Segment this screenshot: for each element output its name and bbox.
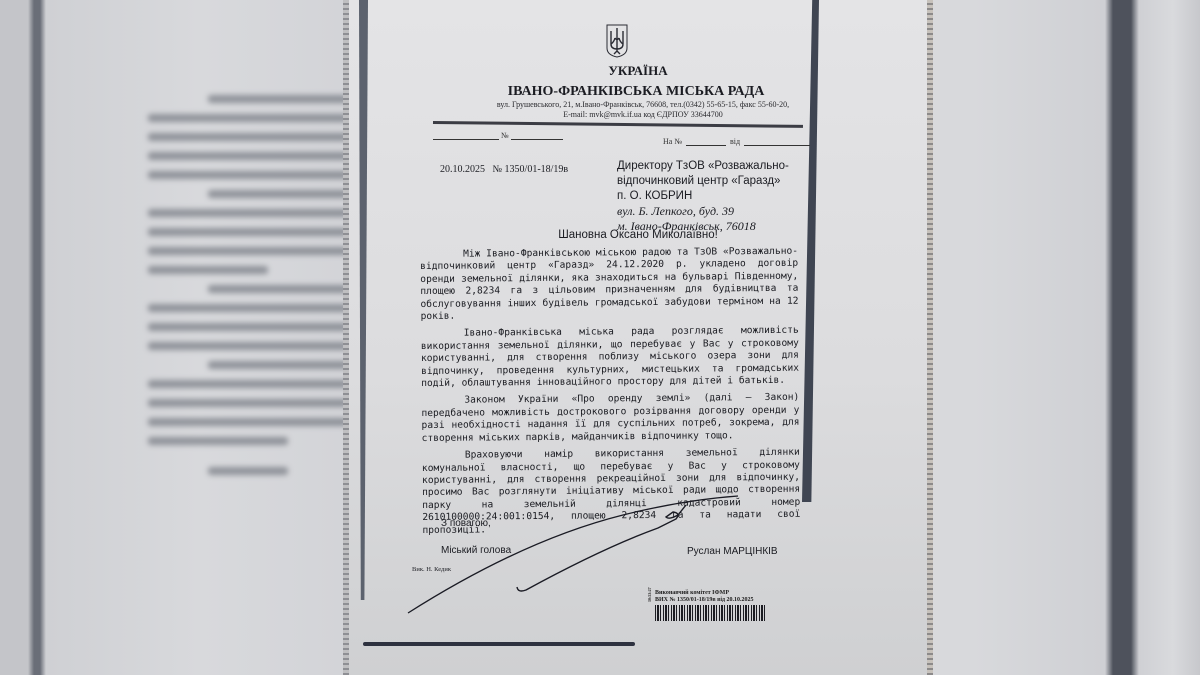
registration-stamp: Виконавчий комітет ІФМР ВИХ № 1350/01-18… — [655, 590, 765, 621]
stamp-office: Виконавчий комітет ІФМР — [655, 590, 765, 597]
stamp-reference: ВИХ № 1350/01-18/19в від 20.10.2025 — [655, 597, 765, 604]
blurred-text — [148, 95, 343, 486]
document-photo: УКРАЇНА ІВАНО-ФРАНКІВСЬКА МІСЬКА РАДА ву… — [343, 0, 933, 675]
blurred-background-left — [0, 0, 343, 675]
stamp-side-code: 10:53:27 — [646, 587, 653, 602]
barcode — [655, 605, 765, 621]
official-letter: УКРАЇНА ІВАНО-ФРАНКІВСЬКА МІСЬКА РАДА ву… — [343, 0, 933, 675]
handwritten-signature — [343, 0, 933, 675]
blurred-background-right — [933, 0, 1200, 675]
